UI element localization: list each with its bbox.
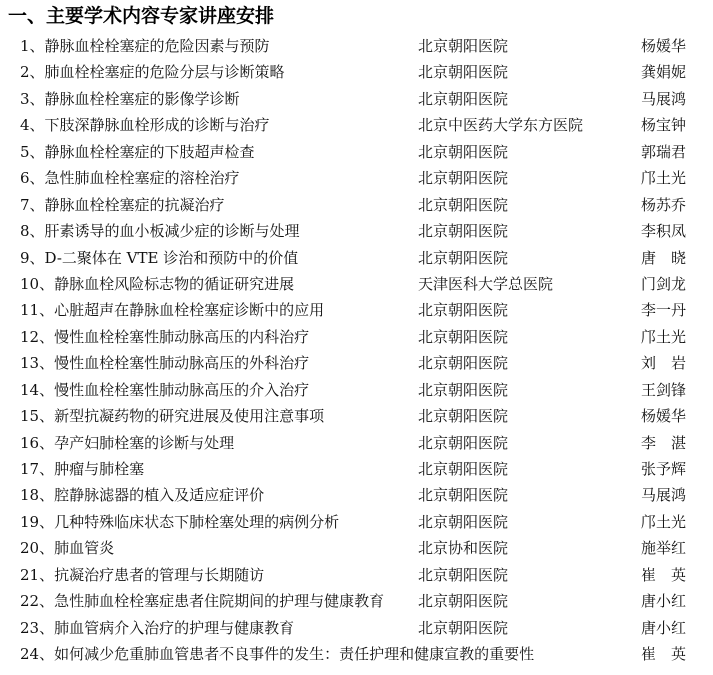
- lecture-speaker: 唐小红: [641, 588, 686, 614]
- lecture-row: 1、静脉血栓栓塞症的危险因素与预防北京朝阳医院杨媛华: [0, 33, 713, 59]
- lecture-topic: 1、静脉血栓栓塞症的危险因素与预防: [20, 33, 270, 59]
- lecture-institution: 北京朝阳医院: [418, 165, 508, 191]
- lecture-topic: 18、腔静脉滤器的植入及适应症评价: [20, 482, 264, 508]
- lecture-topic: 14、慢性血栓栓塞性肺动脉高压的介入治疗: [20, 377, 309, 403]
- lecture-speaker: 龚娟妮: [641, 59, 686, 85]
- lecture-row: 5、静脉血栓栓塞症的下肢超声检查北京朝阳医院郭瑞君: [0, 139, 713, 165]
- lecture-topic: 9、D-二聚体在 VTE 诊治和预防中的价值: [20, 245, 298, 271]
- lecture-row: 18、腔静脉滤器的植入及适应症评价北京朝阳医院马展鸿: [0, 482, 713, 508]
- lecture-institution: 北京朝阳医院: [418, 192, 508, 218]
- lecture-topic: 20、肺血管炎: [20, 535, 114, 561]
- lecture-topic: 7、静脉血栓栓塞症的抗凝治疗: [20, 192, 225, 218]
- lecture-row: 11、心脏超声在静脉血栓栓塞症诊断中的应用北京朝阳医院李一丹: [0, 297, 713, 323]
- lecture-speaker: 门剑龙: [641, 271, 686, 297]
- lecture-institution: 北京朝阳医院: [418, 403, 508, 429]
- lecture-institution: 北京协和医院: [418, 535, 508, 561]
- lecture-topic: 24、如何减少危重肺血管患者不良事件的发生：责任护理和健康宣教的重要性: [20, 641, 534, 667]
- lecture-row: 7、静脉血栓栓塞症的抗凝治疗北京朝阳医院杨苏乔: [0, 192, 713, 218]
- lecture-institution: 北京朝阳医院: [418, 615, 508, 641]
- lecture-institution: 北京中医药大学东方医院: [418, 112, 583, 138]
- lecture-row: 16、孕产妇肺栓塞的诊断与处理北京朝阳医院李 湛: [0, 430, 713, 456]
- lecture-speaker: 邝土光: [641, 324, 686, 350]
- lecture-topic: 6、急性肺血栓栓塞症的溶栓治疗: [20, 165, 240, 191]
- lecture-institution: 天津医科大学总医院: [418, 271, 553, 297]
- lecture-topic: 11、心脏超声在静脉血栓栓塞症诊断中的应用: [20, 297, 324, 323]
- lecture-row: 6、急性肺血栓栓塞症的溶栓治疗北京朝阳医院邝土光: [0, 165, 713, 191]
- lecture-institution: 北京朝阳医院: [418, 297, 508, 323]
- lecture-institution: 北京朝阳医院: [418, 245, 508, 271]
- lecture-row: 13、慢性血栓栓塞性肺动脉高压的外科治疗北京朝阳医院刘 岩: [0, 350, 713, 376]
- lecture-institution: 北京朝阳医院: [418, 588, 508, 614]
- lecture-topic: 8、肝素诱导的血小板减少症的诊断与处理: [20, 218, 300, 244]
- lecture-speaker: 崔 英: [641, 562, 686, 588]
- lecture-speaker: 李积凤: [641, 218, 686, 244]
- lecture-speaker: 杨媛华: [641, 33, 686, 59]
- lecture-speaker: 马展鸿: [641, 482, 686, 508]
- lecture-institution: 北京朝阳医院: [418, 456, 508, 482]
- lecture-row: 10、静脉血栓风险标志物的循证研究进展天津医科大学总医院门剑龙: [0, 271, 713, 297]
- lecture-speaker: 刘 岩: [641, 350, 686, 376]
- lecture-topic: 23、肺血管病介入治疗的护理与健康教育: [20, 615, 294, 641]
- lecture-topic: 17、肿瘤与肺栓塞: [20, 456, 144, 482]
- lecture-list: 1、静脉血栓栓塞症的危险因素与预防北京朝阳医院杨媛华2、肺血栓栓塞症的危险分层与…: [0, 33, 713, 668]
- lecture-speaker: 李一丹: [641, 297, 686, 323]
- lecture-speaker: 杨宝钟: [641, 112, 686, 138]
- lecture-institution: 北京朝阳医院: [418, 350, 508, 376]
- lecture-speaker: 张予辉: [641, 456, 686, 482]
- lecture-row: 22、急性肺血栓栓塞症患者住院期间的护理与健康教育北京朝阳医院唐小红: [0, 588, 713, 614]
- lecture-institution: 北京朝阳医院: [418, 59, 508, 85]
- lecture-row: 8、肝素诱导的血小板减少症的诊断与处理北京朝阳医院李积凤: [0, 218, 713, 244]
- lecture-topic: 2、肺血栓栓塞症的危险分层与诊断策略: [20, 59, 285, 85]
- lecture-institution: 北京朝阳医院: [418, 86, 508, 112]
- lecture-institution: 北京朝阳医院: [418, 377, 508, 403]
- lecture-speaker: 杨媛华: [641, 403, 686, 429]
- lecture-topic: 13、慢性血栓栓塞性肺动脉高压的外科治疗: [20, 350, 309, 376]
- lecture-speaker: 施举红: [641, 535, 686, 561]
- lecture-speaker: 杨苏乔: [641, 192, 686, 218]
- lecture-topic: 21、抗凝治疗患者的管理与长期随访: [20, 562, 264, 588]
- lecture-row: 2、肺血栓栓塞症的危险分层与诊断策略北京朝阳医院龚娟妮: [0, 59, 713, 85]
- lecture-topic: 12、慢性血栓栓塞性肺动脉高压的内科治疗: [20, 324, 309, 350]
- lecture-speaker: 邝土光: [641, 509, 686, 535]
- lecture-institution: 北京朝阳医院: [418, 33, 508, 59]
- lecture-topic: 19、几种特殊临床状态下肺栓塞处理的病例分析: [20, 509, 339, 535]
- lecture-row: 19、几种特殊临床状态下肺栓塞处理的病例分析北京朝阳医院邝土光: [0, 509, 713, 535]
- section-title: 一、主要学术内容专家讲座安排: [8, 2, 274, 30]
- lecture-institution: 北京朝阳医院: [418, 562, 508, 588]
- lecture-row: 23、肺血管病介入治疗的护理与健康教育北京朝阳医院唐小红: [0, 615, 713, 641]
- lecture-institution: 北京朝阳医院: [418, 482, 508, 508]
- lecture-row: 15、新型抗凝药物的研究进展及使用注意事项北京朝阳医院杨媛华: [0, 403, 713, 429]
- lecture-topic: 15、新型抗凝药物的研究进展及使用注意事项: [20, 403, 324, 429]
- lecture-row: 12、慢性血栓栓塞性肺动脉高压的内科治疗北京朝阳医院邝土光: [0, 324, 713, 350]
- lecture-topic: 5、静脉血栓栓塞症的下肢超声检查: [20, 139, 255, 165]
- lecture-speaker: 王剑锋: [641, 377, 686, 403]
- lecture-institution: 北京朝阳医院: [418, 509, 508, 535]
- lecture-institution: 北京朝阳医院: [418, 324, 508, 350]
- lecture-row: 14、慢性血栓栓塞性肺动脉高压的介入治疗北京朝阳医院王剑锋: [0, 377, 713, 403]
- lecture-speaker: 唐 晓: [641, 245, 686, 271]
- lecture-topic: 4、下肢深静脉血栓形成的诊断与治疗: [20, 112, 270, 138]
- lecture-speaker: 崔 英: [641, 641, 686, 667]
- lecture-speaker: 邝土光: [641, 165, 686, 191]
- lecture-row: 9、D-二聚体在 VTE 诊治和预防中的价值北京朝阳医院唐 晓: [0, 245, 713, 271]
- lecture-institution: 北京朝阳医院: [418, 139, 508, 165]
- lecture-row: 20、肺血管炎北京协和医院施举红: [0, 535, 713, 561]
- lecture-topic: 3、静脉血栓栓塞症的影像学诊断: [20, 86, 240, 112]
- lecture-row: 17、肿瘤与肺栓塞北京朝阳医院张予辉: [0, 456, 713, 482]
- lecture-row: 21、抗凝治疗患者的管理与长期随访北京朝阳医院崔 英: [0, 562, 713, 588]
- lecture-speaker: 唐小红: [641, 615, 686, 641]
- lecture-topic: 16、孕产妇肺栓塞的诊断与处理: [20, 430, 234, 456]
- lecture-topic: 10、静脉血栓风险标志物的循证研究进展: [20, 271, 294, 297]
- lecture-row: 3、静脉血栓栓塞症的影像学诊断北京朝阳医院马展鸿: [0, 86, 713, 112]
- lecture-speaker: 李 湛: [641, 430, 686, 456]
- lecture-row: 4、下肢深静脉血栓形成的诊断与治疗北京中医药大学东方医院杨宝钟: [0, 112, 713, 138]
- lecture-institution: 北京朝阳医院: [418, 430, 508, 456]
- lecture-speaker: 马展鸿: [641, 86, 686, 112]
- lecture-topic: 22、急性肺血栓栓塞症患者住院期间的护理与健康教育: [20, 588, 384, 614]
- lecture-institution: 北京朝阳医院: [418, 218, 508, 244]
- lecture-speaker: 郭瑞君: [641, 139, 686, 165]
- lecture-row: 24、如何减少危重肺血管患者不良事件的发生：责任护理和健康宣教的重要性崔 英: [0, 641, 713, 667]
